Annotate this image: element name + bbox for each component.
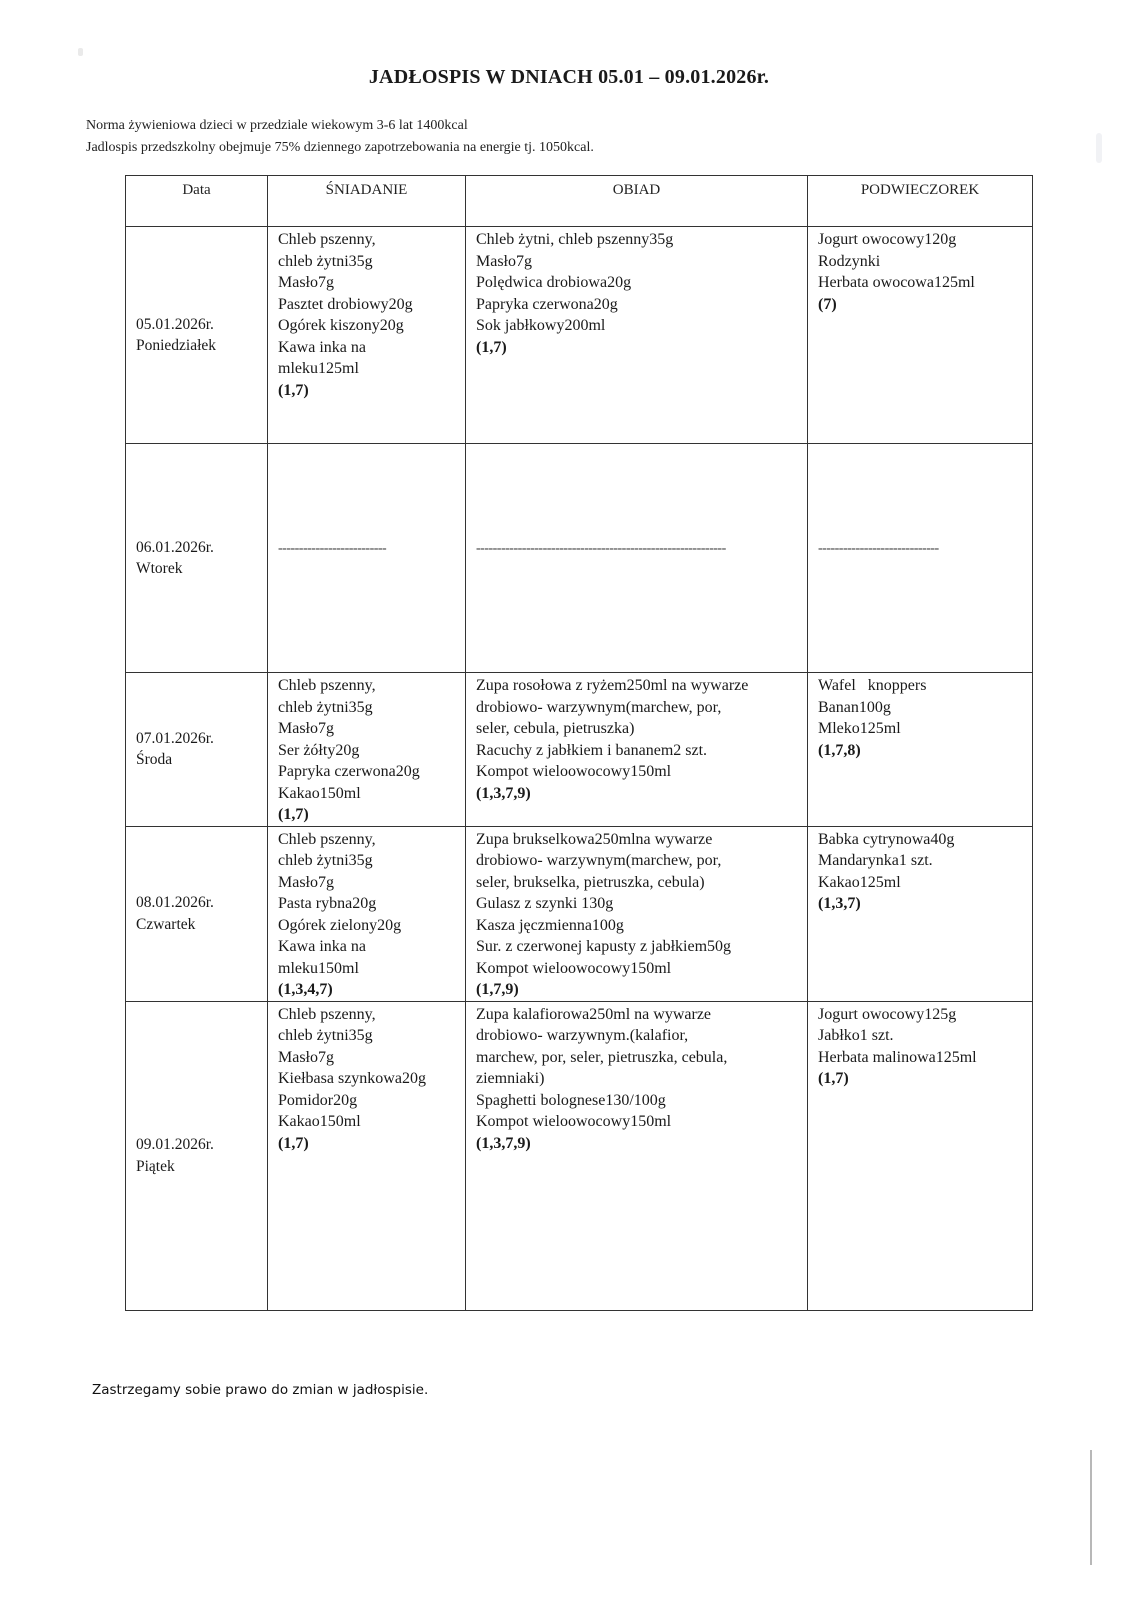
menu-item: ziemniaki) [476, 1068, 807, 1090]
menu-table: Data ŚNIADANIE OBIAD PODWIECZOREK 05.01.… [125, 175, 1033, 1311]
page-title: JADŁOSPIS W DNIACH 05.01 – 09.01.2026r. [0, 66, 1128, 89]
lunch-cell: Zupa brukselkowa250mlna wywarzedrobiowo-… [466, 826, 808, 1001]
breakfast-cell: Chleb pszenny,chleb żytni35gMasło7gKiełb… [268, 1001, 466, 1310]
snack-cell: Babka cytrynowa40gMandarynka1 szt.Kakao1… [808, 826, 1033, 1001]
date-text: 09.01.2026r. [136, 1134, 267, 1156]
scan-artifact-dot [78, 48, 83, 56]
menu-item: Jogurt owocowy125g [818, 1004, 1032, 1026]
menu-item: chleb żytni35g [278, 1025, 465, 1047]
menu-item: Kiełbasa szynkowa20g [278, 1068, 465, 1090]
weekday-text: Wtorek [136, 558, 267, 580]
table-header-row: Data ŚNIADANIE OBIAD PODWIECZOREK [126, 176, 1033, 227]
allergen-codes: (1,7,9) [476, 979, 807, 1001]
menu-item: Spaghetti bolognese130/100g [476, 1090, 807, 1112]
breakfast-cell: -------------------------- [268, 444, 466, 673]
scan-artifact-line [1090, 1450, 1092, 1565]
menu-item: Ogórek zielony20g [278, 915, 465, 937]
menu-item: Zupa brukselkowa250mlna wywarze [476, 829, 807, 851]
energy-coverage-line: Jadlospis przedszkolny obejmuje 75% dzie… [86, 140, 594, 156]
menu-item: Pasta rybna20g [278, 893, 465, 915]
menu-item: Jabłko1 szt. [818, 1025, 1032, 1047]
menu-item: Kawa inka na [278, 936, 465, 958]
menu-item: Wafel knoppers [818, 675, 1032, 697]
menu-item: Mleko125ml [818, 718, 1032, 740]
menu-item: Jogurt owocowy120g [818, 229, 1032, 251]
table-row: 08.01.2026r. Czwartek Chleb pszenny,chle… [126, 826, 1033, 1001]
menu-item: seler, brukselka, pietruszka, cebula) [476, 872, 807, 894]
table-row: 05.01.2026r. Poniedziałek Chleb pszenny,… [126, 227, 1033, 444]
menu-item: chleb żytni35g [278, 850, 465, 872]
menu-item: Babka cytrynowa40g [818, 829, 1032, 851]
header-lunch: OBIAD [466, 176, 808, 227]
allergen-codes: (1,7) [278, 804, 465, 826]
menu-item: Chleb żytni, chleb pszenny35g [476, 229, 807, 251]
header-date: Data [126, 176, 268, 227]
date-text: 06.01.2026r. [136, 537, 267, 559]
date-cell: 05.01.2026r. Poniedziałek [126, 227, 268, 444]
menu-item: drobiowo- warzywnym(marchew, por, [476, 850, 807, 872]
no-meal-placeholder: -------------------------- [278, 538, 465, 560]
menu-item: drobiowo- warzywnym.(kalafior, [476, 1025, 807, 1047]
menu-item: Masło7g [278, 872, 465, 894]
menu-item: Chleb pszenny, [278, 675, 465, 697]
menu-item: Masło7g [278, 272, 465, 294]
menu-item: Polędwica drobiowa20g [476, 272, 807, 294]
allergen-codes: (1,3,7) [818, 893, 1032, 915]
weekday-text: Poniedziałek [136, 335, 267, 357]
allergen-codes: (1,7) [818, 1068, 1032, 1090]
weekday-text: Piątek [136, 1156, 267, 1178]
menu-item: drobiowo- warzywnym(marchew, por, [476, 697, 807, 719]
menu-item: Zupa rosołowa z ryżem250ml na wywarze [476, 675, 807, 697]
menu-item: Rodzynki [818, 251, 1032, 273]
snack-cell: ----------------------------- [808, 444, 1033, 673]
allergen-codes: (1,7) [476, 337, 807, 359]
allergen-codes: (1,3,4,7) [278, 979, 465, 1001]
menu-item: Papryka czerwona20g [476, 294, 807, 316]
menu-item: Sur. z czerwonej kapusty z jabłkiem50g [476, 936, 807, 958]
snack-cell: Jogurt owocowy125gJabłko1 szt.Herbata ma… [808, 1001, 1033, 1310]
date-text: 07.01.2026r. [136, 728, 267, 750]
allergen-codes: (1,7,8) [818, 740, 1032, 762]
no-meal-placeholder: ----------------------------------------… [476, 538, 807, 560]
table-row: 09.01.2026r. Piątek Chleb pszenny,chleb … [126, 1001, 1033, 1310]
menu-item: Kompot wieloowocowy150ml [476, 1111, 807, 1133]
header-snack: PODWIECZOREK [808, 176, 1033, 227]
menu-item: Racuchy z jabłkiem i bananem2 szt. [476, 740, 807, 762]
nutrition-norm-line: Norma żywieniowa dzieci w przedziale wie… [86, 118, 468, 134]
menu-item: marchew, por, seler, pietruszka, cebula, [476, 1047, 807, 1069]
date-cell: 08.01.2026r. Czwartek [126, 826, 268, 1001]
menu-item: seler, cebula, pietruszka) [476, 718, 807, 740]
menu-item: Herbata owocowa125ml [818, 272, 1032, 294]
allergen-codes: (1,7) [278, 1133, 465, 1155]
allergen-codes: (1,3,7,9) [476, 783, 807, 805]
menu-item: Pasztet drobiowy20g [278, 294, 465, 316]
menu-item: Chleb pszenny, [278, 1004, 465, 1026]
lunch-cell: ----------------------------------------… [466, 444, 808, 673]
menu-item: Herbata malinowa125ml [818, 1047, 1032, 1069]
menu-item: Banan100g [818, 697, 1032, 719]
table-row: 06.01.2026r. Wtorek --------------------… [126, 444, 1033, 673]
breakfast-cell: Chleb pszenny,chleb żytni35gMasło7gPasta… [268, 826, 466, 1001]
menu-item: Papryka czerwona20g [278, 761, 465, 783]
allergen-codes: (1,3,7,9) [476, 1133, 807, 1155]
menu-item: chleb żytni35g [278, 251, 465, 273]
menu-item: mleku150ml [278, 958, 465, 980]
date-text: 05.01.2026r. [136, 314, 267, 336]
weekday-text: Czwartek [136, 914, 267, 936]
date-cell: 07.01.2026r. Środa [126, 673, 268, 827]
menu-item: Mandarynka1 szt. [818, 850, 1032, 872]
allergen-codes: (7) [818, 294, 1032, 316]
menu-item: Ser żółty20g [278, 740, 465, 762]
breakfast-cell: Chleb pszenny,chleb żytni35gMasło7gPaszt… [268, 227, 466, 444]
date-text: 08.01.2026r. [136, 892, 267, 914]
date-cell: 06.01.2026r. Wtorek [126, 444, 268, 673]
menu-item: Kakao150ml [278, 783, 465, 805]
footer-disclaimer: Zastrzegamy sobie prawo do zmian w jadło… [92, 1382, 428, 1398]
menu-item: Sok jabłkowy200ml [476, 315, 807, 337]
menu-item: Kakao125ml [818, 872, 1032, 894]
allergen-codes: (1,7) [278, 380, 465, 402]
lunch-cell: Chleb żytni, chleb pszenny35gMasło7gPolę… [466, 227, 808, 444]
menu-item: mleku125ml [278, 358, 465, 380]
snack-cell: Jogurt owocowy120gRodzynkiHerbata owocow… [808, 227, 1033, 444]
table-row: 07.01.2026r. Środa Chleb pszenny,chleb ż… [126, 673, 1033, 827]
menu-item: chleb żytni35g [278, 697, 465, 719]
menu-item: Chleb pszenny, [278, 229, 465, 251]
menu-item: Kakao150ml [278, 1111, 465, 1133]
lunch-cell: Zupa rosołowa z ryżem250ml na wywarzedro… [466, 673, 808, 827]
menu-item: Masło7g [278, 718, 465, 740]
menu-item: Kompot wieloowocowy150ml [476, 761, 807, 783]
menu-item: Chleb pszenny, [278, 829, 465, 851]
breakfast-cell: Chleb pszenny,chleb żytni35gMasło7gSer ż… [268, 673, 466, 827]
menu-item: Masło7g [278, 1047, 465, 1069]
menu-item: Ogórek kiszony20g [278, 315, 465, 337]
header-breakfast: ŚNIADANIE [268, 176, 466, 227]
date-cell: 09.01.2026r. Piątek [126, 1001, 268, 1310]
menu-item: Masło7g [476, 251, 807, 273]
menu-item: Kompot wieloowocowy150ml [476, 958, 807, 980]
weekday-text: Środa [136, 749, 267, 771]
menu-item: Kasza jęczmienna100g [476, 915, 807, 937]
menu-item: Gulasz z szynki 130g [476, 893, 807, 915]
scan-artifact-smudge [1096, 133, 1102, 163]
menu-item: Kawa inka na [278, 337, 465, 359]
no-meal-placeholder: ----------------------------- [818, 538, 1032, 560]
snack-cell: Wafel knoppersBanan100gMleko125ml(1,7,8) [808, 673, 1033, 827]
menu-item: Zupa kalafiorowa250ml na wywarze [476, 1004, 807, 1026]
lunch-cell: Zupa kalafiorowa250ml na wywarzedrobiowo… [466, 1001, 808, 1310]
menu-item: Pomidor20g [278, 1090, 465, 1112]
